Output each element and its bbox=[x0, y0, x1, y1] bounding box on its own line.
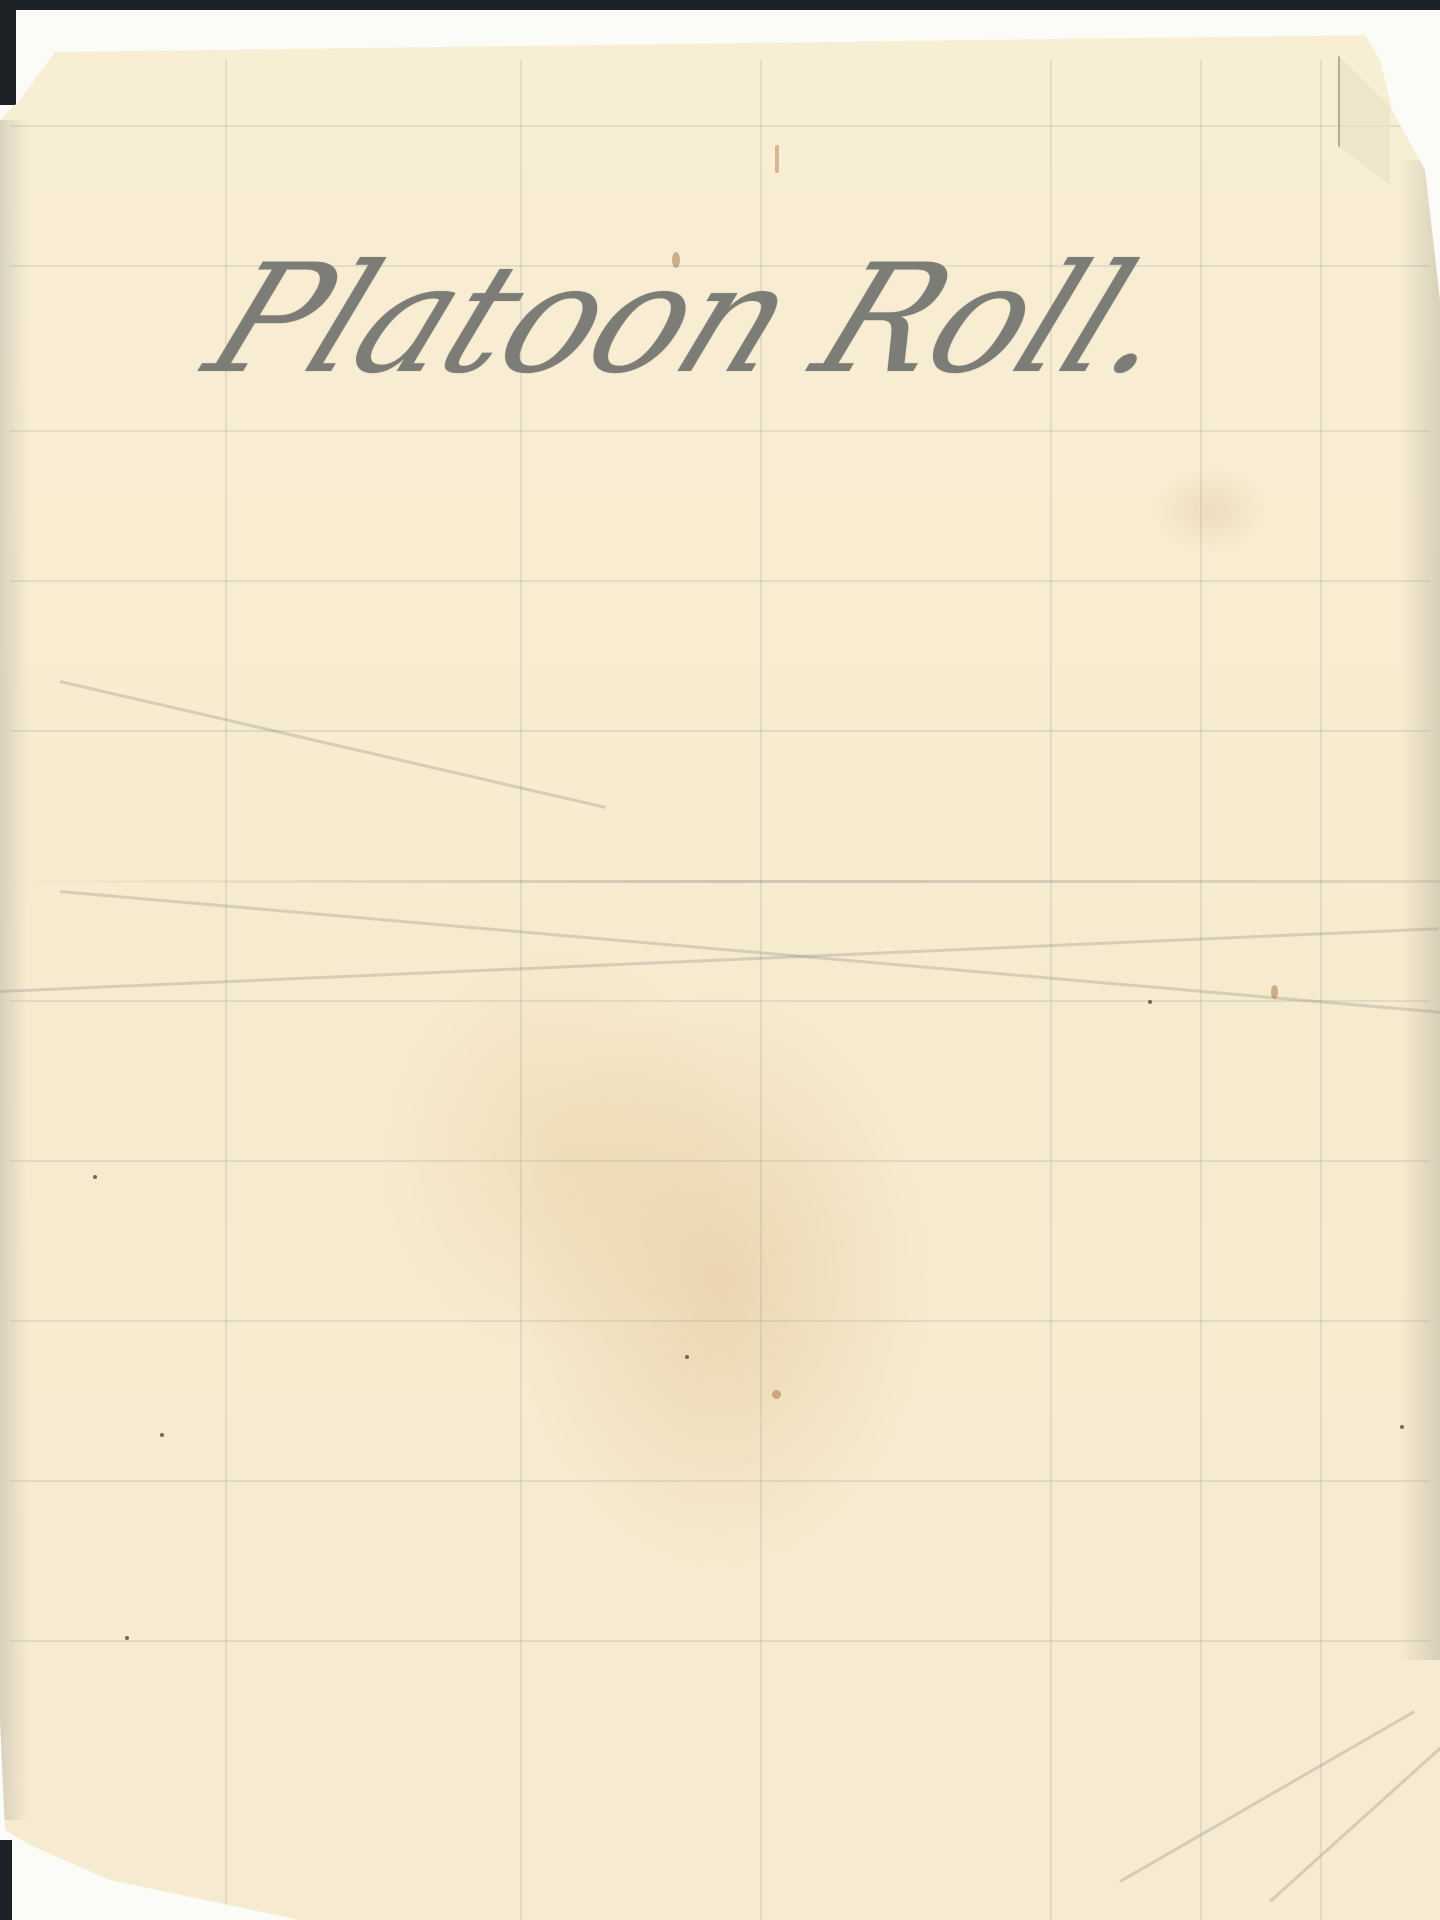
paper-speck bbox=[125, 1636, 129, 1640]
paper-speck bbox=[1400, 1425, 1404, 1429]
grid-line-horizontal bbox=[10, 580, 1430, 582]
grid-line-horizontal bbox=[10, 125, 1430, 127]
edge-shadow-left bbox=[0, 120, 28, 1820]
fold-crease-diagonal bbox=[1269, 1726, 1440, 1902]
document-title: Platoon Roll. bbox=[190, 245, 1195, 395]
grid-line-horizontal bbox=[10, 1320, 1430, 1322]
stain-spot bbox=[775, 145, 779, 173]
fold-crease-diagonal bbox=[60, 890, 1440, 1015]
fold-crease bbox=[0, 880, 1440, 883]
scan-border-left-bottom bbox=[0, 1840, 12, 1920]
paper-speck bbox=[685, 1355, 689, 1359]
paper-speck bbox=[185, 28, 189, 32]
grid-line-horizontal bbox=[10, 1480, 1430, 1482]
stain-spot bbox=[772, 1390, 781, 1399]
paper-speck bbox=[1148, 1000, 1152, 1004]
fold-crease-diagonal bbox=[0, 927, 1439, 993]
paper-speck bbox=[93, 1175, 97, 1179]
fold-crease-diagonal bbox=[60, 680, 606, 809]
grid-line-horizontal bbox=[10, 1640, 1430, 1642]
grid-line-horizontal bbox=[10, 1000, 1430, 1002]
stain-spot bbox=[1271, 985, 1278, 999]
scan-border-left bbox=[0, 0, 16, 105]
paper-sheet: Platoon Roll. bbox=[0, 0, 1440, 1920]
scan-border-top bbox=[0, 0, 1440, 10]
edge-shadow-right bbox=[1400, 160, 1440, 1660]
grid-line-horizontal bbox=[10, 1160, 1430, 1162]
paper-speck bbox=[160, 1433, 164, 1437]
grid-line-horizontal bbox=[10, 430, 1430, 432]
grid-line-horizontal bbox=[10, 730, 1430, 732]
fold-crease-diagonal bbox=[1119, 1710, 1415, 1883]
